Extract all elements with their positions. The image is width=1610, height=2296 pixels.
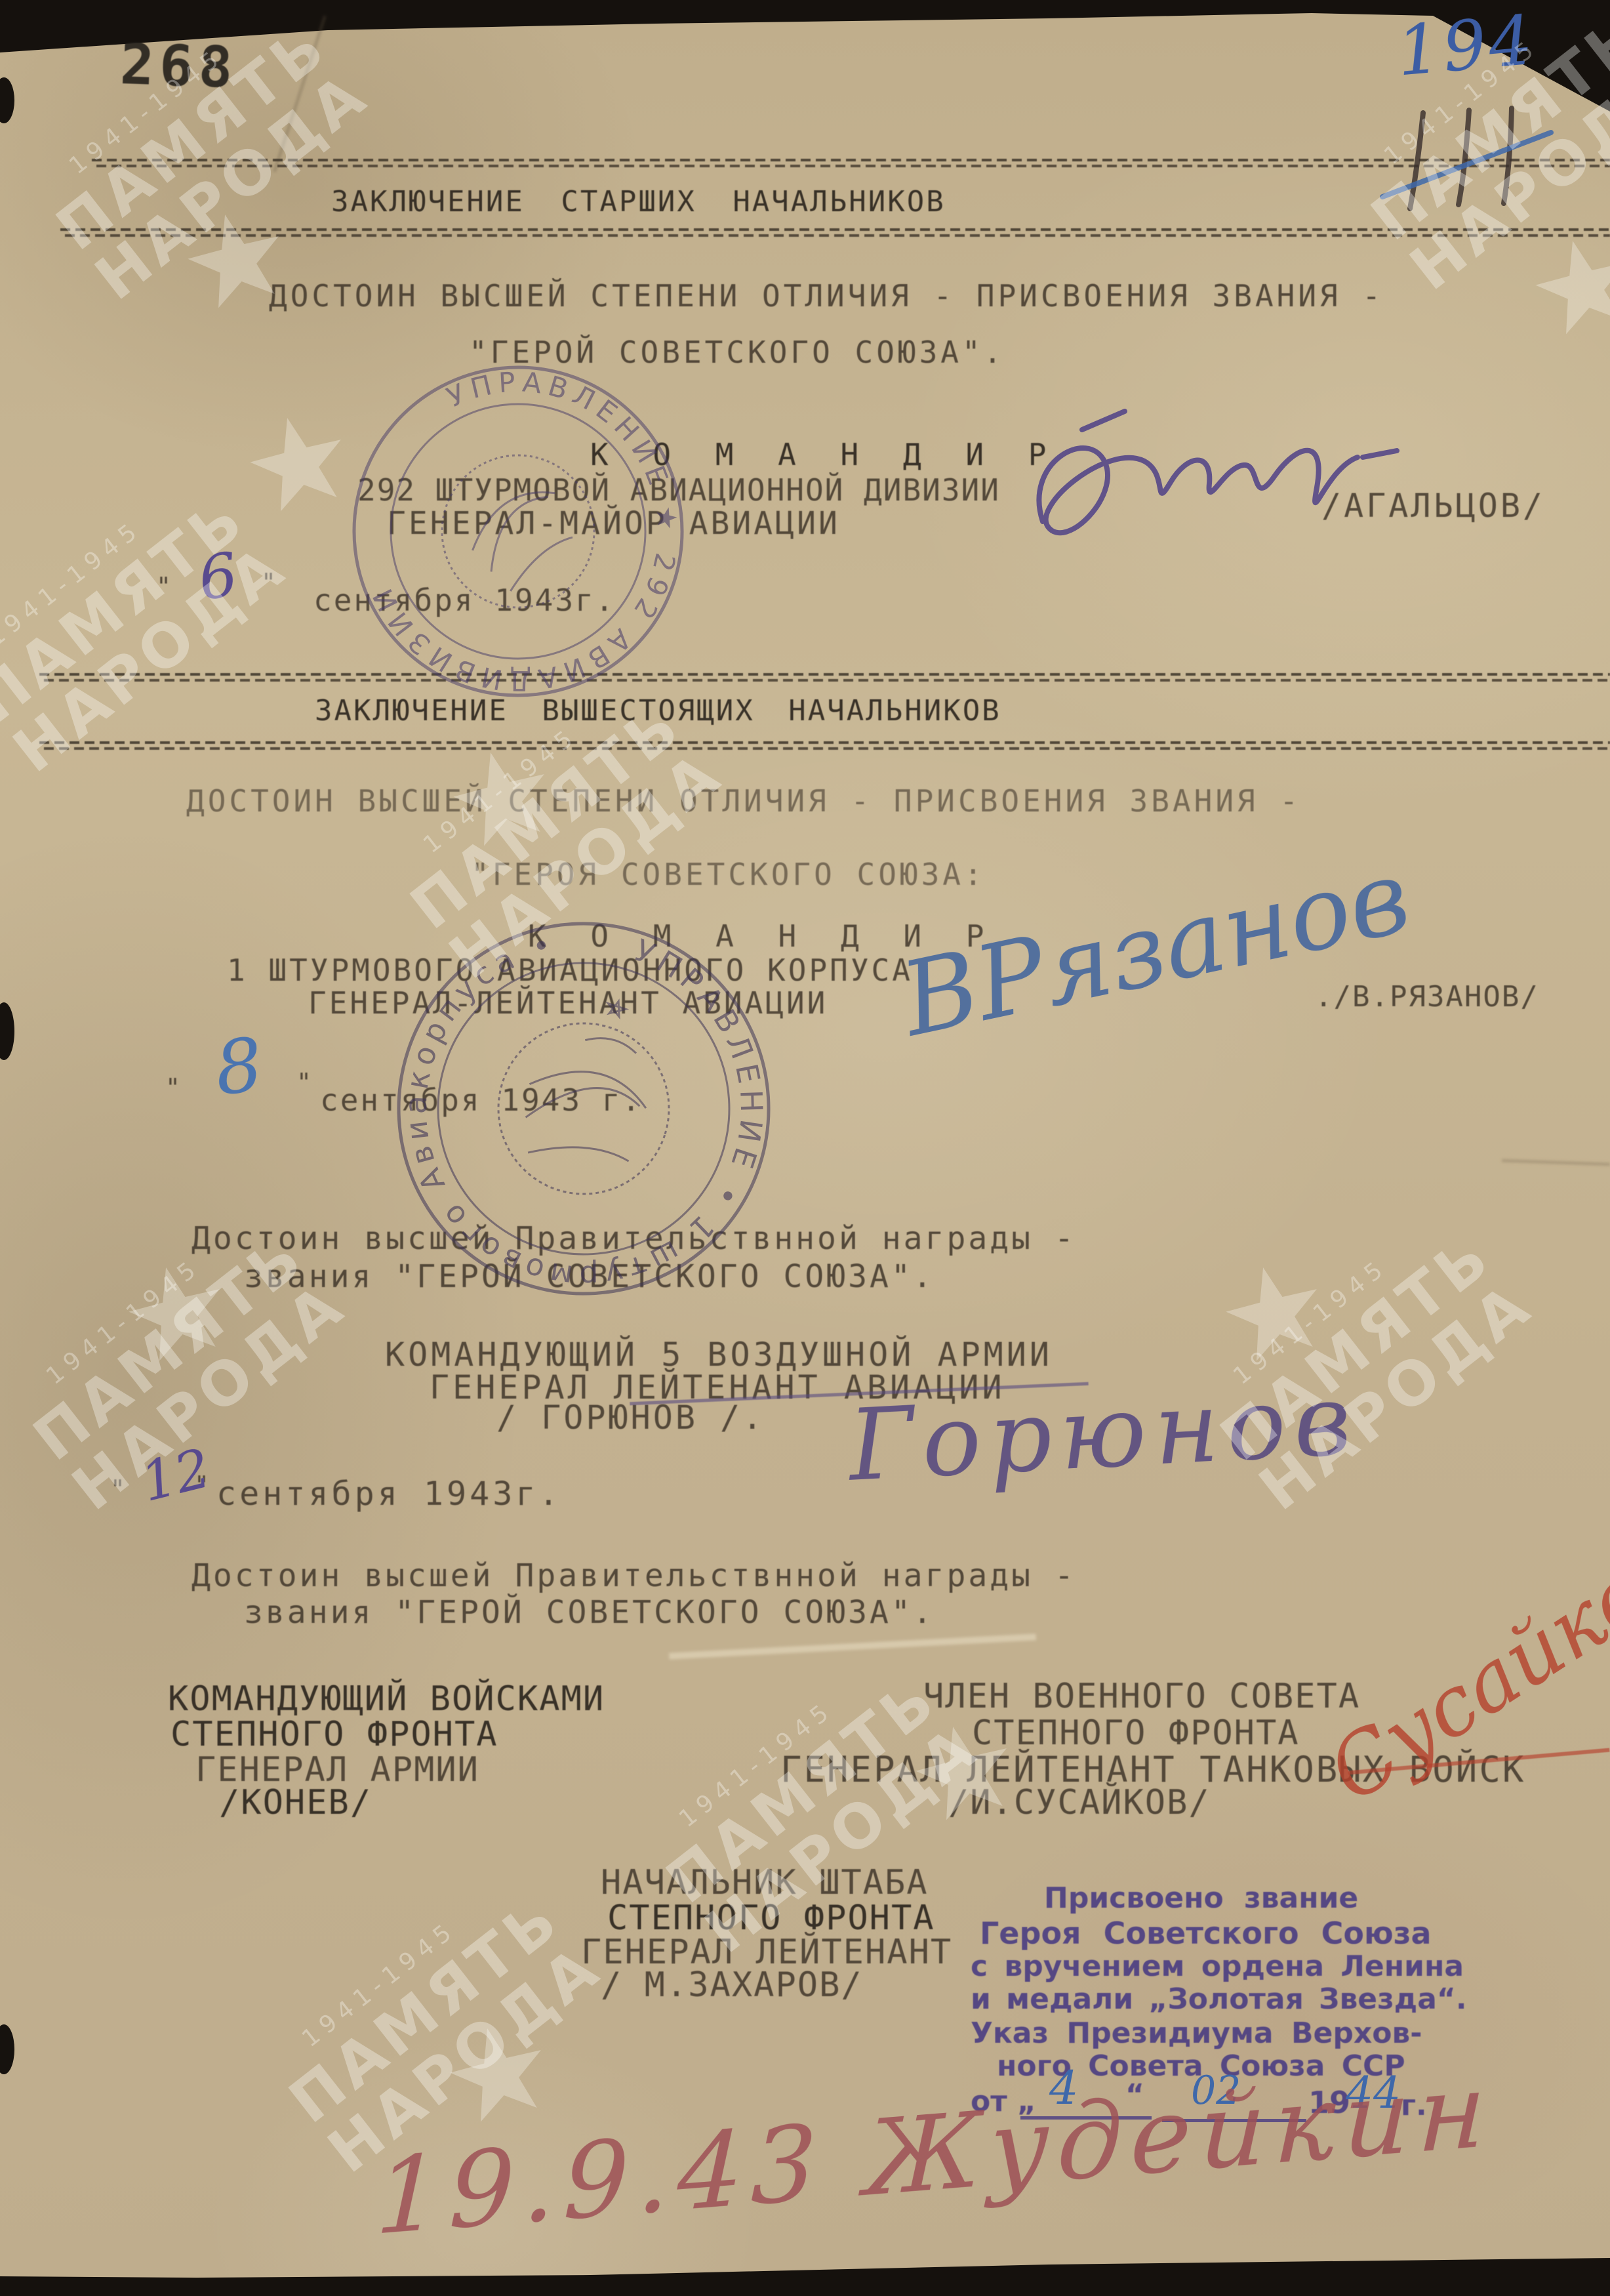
decree-stamp-line: и медали „Золотая Звезда“.: [971, 1982, 1467, 2016]
worthy-line: "ГЕРОЯ СОВЕТСКОГО СОЮЗА:: [471, 857, 986, 892]
chief-of-staff-name: / М.ЗАХАРОВ/: [601, 1965, 863, 2005]
front-commander-line: СТЕПНОГО ФРОНТА: [171, 1715, 498, 1754]
military-council-line: СТЕПНОГО ФРОНТА: [972, 1713, 1300, 1753]
section-header-senior: ЗАКЛЮЧЕНИЕ СТАРШИХ НАЧАЛЬНИКОВ: [331, 185, 946, 218]
scanned-award-document-page: 268 194 ЗАКЛЮЧЕНИЕ СТАРШИХ НАЧАЛЬНИКОВ Д…: [0, 0, 1610, 2296]
military-council-name: /И.СУСАЙКОВ/: [948, 1783, 1211, 1822]
decree-stamp-line: Присвоено звание: [1044, 1881, 1358, 1915]
front-commander-name: /КОНЕВ/: [219, 1783, 372, 1822]
worthy-line: ДОСТОИН ВЫСШЕЙ СТЕПЕНИ ОТЛИЧИЯ - ПРИСВОЕ…: [269, 278, 1384, 314]
agaltsov-signature: [1003, 390, 1410, 581]
tally-marks-crossed: [1377, 105, 1561, 216]
front-commander-line: КОМАНДУЮЩИЙ ВОЙСКАМИ: [168, 1679, 605, 1719]
typed-quote: ": [156, 572, 174, 601]
archive-stamp-number: 268: [119, 31, 239, 101]
decree-stamp-line: с вручением ордена Ленина: [971, 1950, 1464, 1983]
chief-of-staff-line: НАЧАЛЬНИК ШТАБА: [601, 1863, 929, 1902]
handwritten-day: 8: [211, 1023, 266, 1113]
typed-date: сентября 1943г.: [216, 1475, 562, 1513]
handwritten-page-number: 194: [1394, 0, 1538, 92]
dashed-rule: [60, 228, 1610, 237]
commander-name: ./В.РЯЗАНОВ/: [1315, 980, 1539, 1014]
worthy-line: ДОСТОИН ВЫСШЕЙ СТЕПЕНИ ОТЛИЧИЯ - ПРИСВОЕ…: [186, 783, 1301, 819]
decree-stamp-line: Указ Президиума Верхов-: [971, 2017, 1422, 2050]
worthy-line: звания "ГЕРОЙ СОВЕТСКОГО СОЮЗА".: [244, 1594, 935, 1631]
typed-quote: ": [165, 1073, 183, 1102]
dashed-rule: [39, 741, 1610, 750]
typed-quote: ": [261, 568, 279, 597]
typed-quote: ": [296, 1068, 314, 1097]
chief-of-staff-line: СТЕПНОГО ФРОНТА: [607, 1898, 935, 1938]
dashed-rule: [39, 673, 1610, 682]
typed-quote: ": [110, 1475, 128, 1504]
military-council-line: ЧЛЕН ВОЕННОГО СОВЕТА: [923, 1677, 1360, 1716]
decree-stamp-line: Героя Советского Союза: [980, 1916, 1432, 1951]
worthy-line: Достоин высшей Правительствнной награды …: [191, 1557, 1076, 1594]
